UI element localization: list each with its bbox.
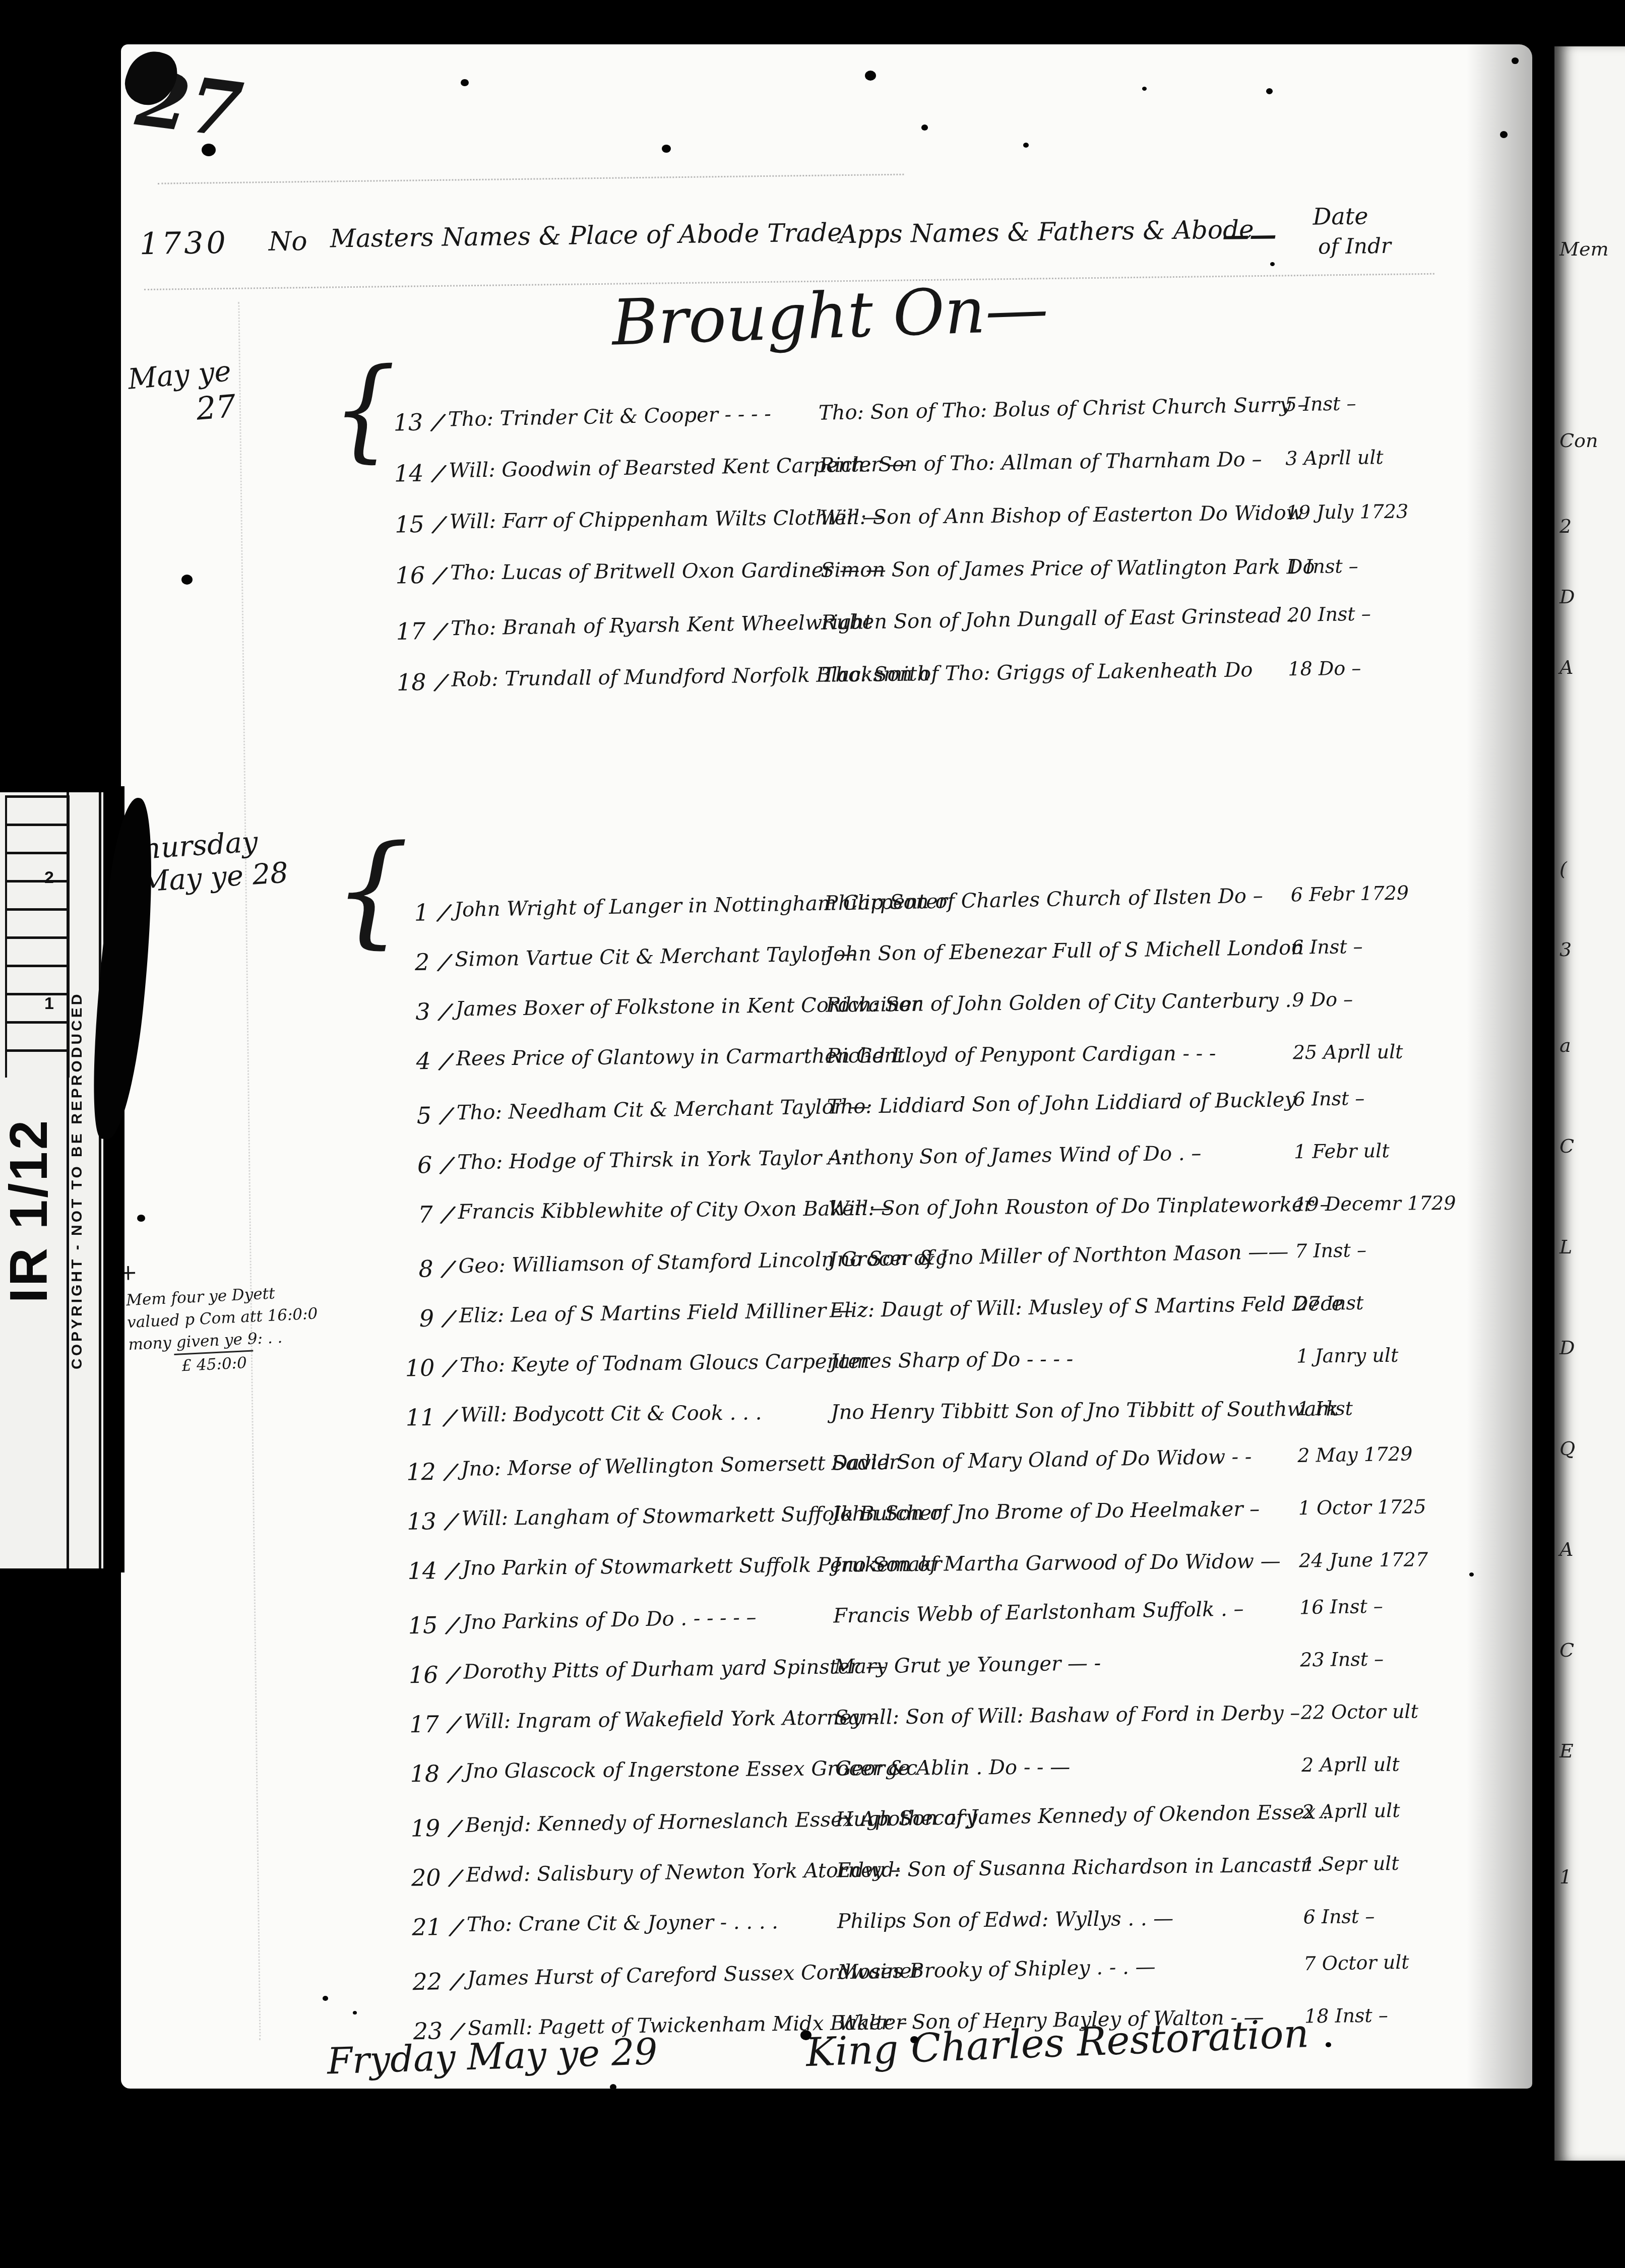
entry-apprentice: Philips Son of Edwd: Wyllys . . — [837, 1907, 1174, 1933]
entry-slash: / [449, 1863, 463, 1893]
adjacent-page-sliver: MemCon2DA(3aCLDQACE1 [1554, 46, 1625, 2161]
ruler-number: 1 [44, 994, 54, 1014]
entries-may-27: 13/Tho: Trinder Cit & Cooper - - - -Tho:… [111, 34, 1522, 51]
entry-slash: / [448, 1813, 462, 1843]
entry-master: Francis Kibblewhite of City Oxon Baker — [458, 1196, 890, 1223]
ink-speck [202, 144, 216, 156]
entry-date: 27 Inst [1295, 1292, 1363, 1315]
page-edge-shadow [1467, 44, 1532, 2089]
entry-apprentice: Rich: Son of John Golden of City Canterb… [826, 989, 1291, 1017]
entry-date: 16 Inst – [1299, 1595, 1384, 1619]
entry-date: 7 Inst – [1295, 1239, 1366, 1262]
ink-speck [1512, 57, 1519, 64]
entry-number: 5 [376, 1102, 432, 1130]
marginal-memo-note: Mem four ye Dyettvalued p Com att 16:0:0… [126, 1280, 320, 1379]
entry-number: 11 [380, 1404, 435, 1431]
manuscript-page: 27 1730 No Masters Names & Place of Abod… [121, 44, 1532, 2089]
entry-apprentice: Tho: Son of Tho: Griggs of Lakenheath Do [822, 658, 1253, 686]
entry-number: 21 [386, 1913, 442, 1941]
year-label: 1730 [140, 225, 229, 262]
adjacent-page-text-fragment: 2 [1559, 515, 1572, 537]
entry-slash: / [440, 1151, 455, 1180]
adjacent-page-text-fragment: D [1559, 586, 1575, 608]
entry-number: 19 [385, 1814, 441, 1843]
entry-apprentice: John Son of Ebenezar Full of S Michell L… [825, 936, 1304, 966]
archive-reference-label: IR 1/12 [0, 1075, 59, 1347]
ink-speck [865, 71, 876, 81]
entry-date: 18 Do – [1288, 657, 1361, 680]
ink-speck [921, 124, 928, 131]
entry-master: Jno Parkins of Do Do . - - - - – [463, 1606, 757, 1634]
entry-date: 2 Aprll ult [1301, 1753, 1400, 1776]
entry-slash: / [442, 1304, 457, 1333]
entry-number: 8 [378, 1255, 433, 1283]
entry-date: 6 Inst – [1303, 1905, 1375, 1928]
adjacent-page-text-fragment: Q [1559, 1437, 1575, 1460]
entry-date: 25 Aprll ult [1293, 1041, 1403, 1064]
entry-number: 6 [377, 1151, 432, 1179]
entry-date: 9 Do – [1292, 988, 1353, 1011]
entry-date: 1 Febr ult [1294, 1140, 1390, 1163]
column-header-no: No [269, 226, 308, 257]
entry-date: 6 Febr 1729 [1290, 881, 1409, 906]
entry-apprentice: Philip Son of Charles Church of Ilsten D… [824, 884, 1263, 915]
ink-speck [1326, 2042, 1331, 2047]
entry-apprentice: Jno Son of Martha Garwood of Do Widow — [833, 1550, 1281, 1577]
adjacent-page-text-fragment: 3 [1559, 938, 1572, 961]
entry-apprentice: Anthony Son of James Wind of Do . – [828, 1142, 1202, 1170]
entry-date: 23 Inst – [1300, 1648, 1384, 1671]
entry-number: 2 [374, 949, 430, 977]
adjacent-page-text-fragment: D [1559, 1337, 1575, 1359]
entry-master: Will: Farr of Chippenham Wilts Clothier … [450, 506, 883, 533]
entry-slash: / [434, 668, 449, 697]
footer-date-fryday: Fryday May ye 29 [327, 2030, 658, 2082]
page-content: 27 1730 No Masters Names & Place of Abod… [111, 34, 1547, 2096]
adjacent-page-text-fragment: Con [1559, 429, 1598, 452]
entry-master: Tho: Branah of Ryarsh Kent Wheelwright [451, 610, 872, 640]
entry-number: 7 [377, 1201, 432, 1228]
entry-date: 20 Inst – [1287, 603, 1371, 626]
entry-number: 4 [376, 1047, 431, 1075]
entry-date: 5 Inst – [1284, 392, 1356, 415]
entry-number: 16 [383, 1661, 439, 1689]
entry-apprentice: Will: Son of Ann Bishop of Easterton Do … [820, 501, 1303, 530]
entry-number: 15 [369, 511, 425, 538]
entry-number: 1 [373, 899, 429, 927]
entry-slash: / [438, 997, 453, 1026]
adjacent-page-text-fragment: L [1559, 1236, 1572, 1258]
entry-apprentice: Rich: Son of Tho: Allman of Tharnham Do … [819, 448, 1262, 477]
entry-date: 1 Inst – [1287, 555, 1358, 578]
entry-date: 22 Octor ult [1301, 1700, 1419, 1723]
entry-master: Tho: Needham Cit & Merchant Taylor — [457, 1095, 870, 1124]
entry-apprentice: Simon Son of James Price of Watlington P… [821, 555, 1315, 582]
entry-number: 13 [381, 1507, 437, 1535]
column-header-date-line1: Date [1312, 202, 1368, 230]
ink-speck [1469, 1572, 1474, 1577]
adjacent-page-text-fragment: C [1559, 1135, 1574, 1157]
entry-number: 14 [368, 460, 424, 488]
entry-date: 1 Janry ult [1296, 1344, 1399, 1367]
entry-date: 24 June 1727 [1299, 1548, 1428, 1571]
entry-number: 20 [385, 1864, 441, 1892]
entry-number: 10 [379, 1354, 435, 1382]
entry-slash: / [450, 1913, 464, 1942]
entry-slash: / [445, 1556, 460, 1586]
column-header-masters: Masters Names & Place of Abode Trade [330, 218, 842, 253]
entry-slash: / [440, 1101, 454, 1130]
entry-number: 22 [387, 1968, 443, 1996]
entry-slash: / [433, 561, 448, 590]
adjacent-page-text-fragment: A [1559, 1538, 1573, 1560]
entry-number: 18 [384, 1760, 440, 1788]
entry-slash: / [446, 1660, 461, 1689]
entry-slash: / [443, 1403, 458, 1432]
entry-slash: / [444, 1457, 458, 1486]
entry-apprentice: Edwd: Son of Susanna Richardson in Lanca… [836, 1853, 1323, 1882]
entry-slash: / [447, 1710, 462, 1739]
entry-apprentice: Moses Brooky of Shipley . - . — [837, 1955, 1155, 1984]
entry-apprentice: Ruben Son of John Dungall of East Grinst… [821, 604, 1295, 635]
ink-speck [1270, 262, 1275, 266]
entry-master: Eliz: Lea of S Martins Field Milliner — [459, 1299, 853, 1328]
entry-date: 1 Inst [1297, 1397, 1353, 1420]
ink-speck [1023, 143, 1029, 148]
entry-number: 3 [374, 998, 430, 1026]
entry-slash: / [441, 1200, 455, 1229]
entry-slash: / [448, 1759, 462, 1789]
entry-slash: / [450, 1967, 464, 1996]
entry-date: 1 Octor 1725 [1298, 1495, 1426, 1519]
entry-date: 7 Octor ult [1303, 1951, 1409, 1975]
header-dash: —— [1222, 219, 1277, 251]
entry-apprentice: John Son of Jno Brome of Do Heelmaker – [832, 1497, 1260, 1526]
entry-apprentice: George Ablin . Do - - — [835, 1755, 1070, 1780]
entry-number: 12 [380, 1458, 436, 1486]
column-header-date-line2: of Indr [1318, 233, 1391, 259]
entry-date: 6 Inst – [1291, 935, 1363, 959]
entry-master: Tho: Keyte of Todnam Gloucs Carpenter [460, 1350, 870, 1377]
entry-master: Edwd: Salisbury of Newton York Atorney – [466, 1858, 901, 1887]
adjacent-page-text-fragment: C [1559, 1639, 1574, 1661]
adjacent-page-text-fragment: Mem [1559, 238, 1608, 260]
entry-number: 14 [382, 1557, 437, 1585]
entry-date: 19 July 1723 [1286, 500, 1408, 524]
entry-slash: / [442, 1254, 456, 1284]
entry-slash: / [433, 616, 448, 646]
photographic-scale-ruler [5, 795, 70, 1078]
entry-apprentice: Jno Henry Tibbitt Son of Jno Tibbitt of … [831, 1398, 1338, 1424]
entry-number: 18 [370, 668, 426, 696]
entry-master: Simon Vartue Cit & Merchant Taylor — [455, 942, 856, 971]
adjacent-page-text-fragment: 1 [1559, 1866, 1572, 1888]
adjacent-page-text-fragment: ( [1559, 858, 1567, 880]
entry-number: 9 [379, 1305, 434, 1333]
entry-master: Will: Bodycott Cit & Cook . . . [460, 1401, 762, 1426]
entry-master: Tho: Trinder Cit & Cooper - - - - [448, 402, 771, 431]
adjacent-page-text-fragment: A [1559, 656, 1573, 678]
entry-number: 17 [384, 1711, 440, 1738]
entry-slash: / [437, 898, 451, 927]
entry-date: 18 Inst – [1304, 2004, 1388, 2027]
scanned-register-page: 27 1730 No Masters Names & Place of Abod… [0, 0, 1625, 2268]
archive-label-strip: 2 1 IR 1/12 COPYRIGHT - NOT TO BE REPROD… [0, 792, 107, 1568]
entry-number: 16 [369, 561, 425, 589]
entry-number: 17 [370, 617, 426, 646]
strip-divider-line [99, 792, 101, 1568]
ink-speck [610, 2084, 616, 2090]
memo-sum: £ 45:0:0 [174, 1350, 254, 1377]
entry-apprentice: Tho: Son of Tho: Bolus of Christ Church … [819, 393, 1308, 425]
entry-apprentice: Mary Grut ye Younger — - [834, 1652, 1101, 1678]
entry-apprentice: James Sharp of Do - - - - [830, 1348, 1073, 1373]
ink-speck [323, 1996, 328, 2001]
entry-master: Will: Ingram of Wakefield York Atorney – [464, 1706, 880, 1734]
ink-speck [1142, 87, 1147, 91]
entries-thursday-may-28: 1/John Wright of Langer in Nottingham Ca… [111, 34, 1522, 51]
entry-number: 13 [367, 408, 423, 436]
ink-speck [800, 2030, 811, 2040]
entry-date: 1 Sepr ult [1302, 1852, 1399, 1875]
entry-date: 2 May 1729 [1297, 1442, 1413, 1467]
ink-speck [181, 575, 193, 585]
entry-date: 3 Aprll ult [1285, 446, 1384, 470]
entry-date: 19 Decemr 1729 [1294, 1192, 1456, 1216]
entry-slash: / [443, 1353, 457, 1382]
adjacent-page-text-fragment: E [1559, 1740, 1574, 1762]
entry-apprentice: Samll: Son of Will: Bashaw of Ford in De… [835, 1702, 1300, 1730]
entry-slash: / [445, 1507, 459, 1536]
ruler-number: 2 [44, 868, 54, 888]
copyright-notice: COPYRIGHT - NOT TO BE REPRODUCED [69, 807, 99, 1553]
entry-apprentice: Will: Son of John Rouston of Do Tinplate… [828, 1193, 1330, 1221]
faint-rule-top [158, 174, 904, 184]
ink-speck [1500, 131, 1508, 138]
entry-slash: / [439, 1047, 454, 1076]
entry-slash: / [437, 948, 452, 977]
entry-number: 15 [382, 1611, 438, 1640]
entry-slash: / [431, 459, 446, 488]
adjacent-page-text-fragment: a [1559, 1034, 1571, 1056]
entry-date: 2 Aprll ult [1302, 1799, 1400, 1823]
entry-date: 6 Inst – [1293, 1087, 1364, 1110]
entry-apprentice: Richd Lloyd of Penypont Cardigan - - - [827, 1042, 1216, 1067]
entry-master: Tho: Hodge of Thirsk in York Taylor - - [457, 1146, 848, 1174]
entry-slash: / [431, 408, 445, 437]
ink-speck [1266, 88, 1273, 94]
entry-apprentice: Eliz: Daugt of Will: Musley of S Martins… [830, 1292, 1344, 1322]
entry-slash: / [446, 1611, 460, 1640]
column-header-apprentices: Apps Names & Fathers & Abode [839, 215, 1254, 249]
entry-slash: / [432, 510, 447, 539]
entry-master: Tho: Crane Cit & Joyner - . . . . [467, 1910, 779, 1936]
